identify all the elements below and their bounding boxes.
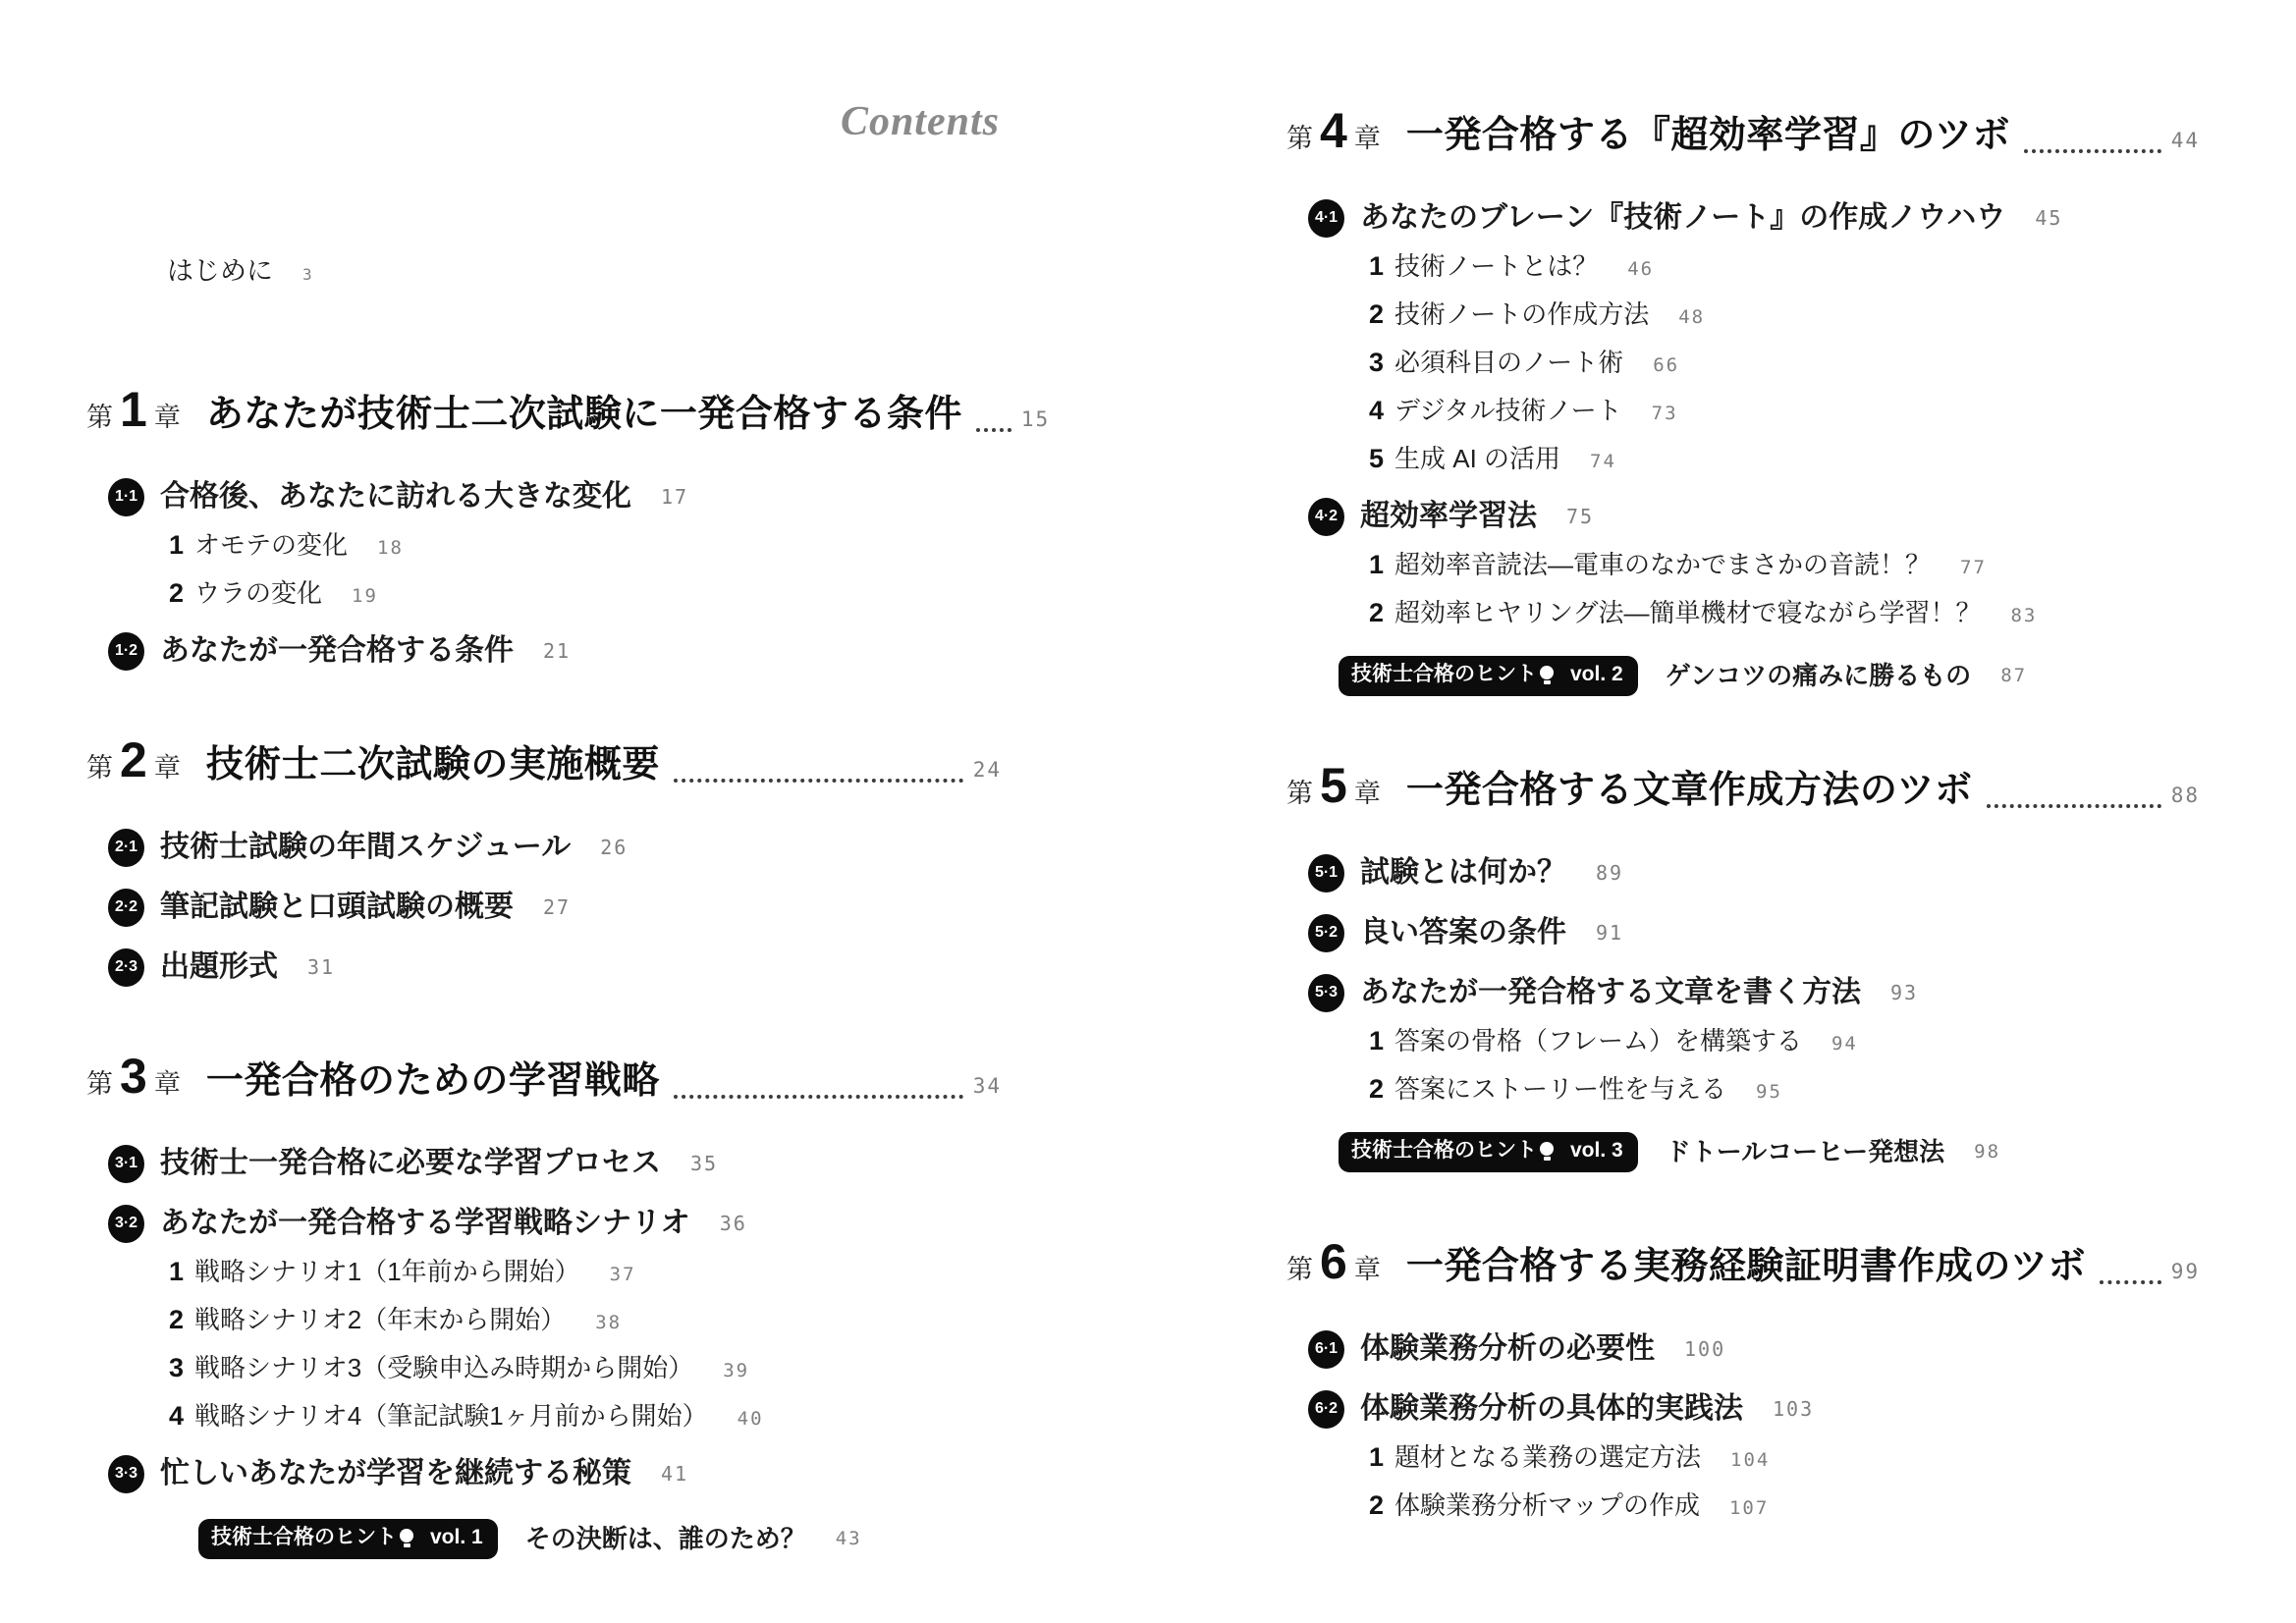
subitem-number: 3 bbox=[1369, 348, 1394, 377]
section-page-number: 36 bbox=[720, 1204, 747, 1243]
hint-volume: vol. 3 bbox=[1570, 1130, 1623, 1171]
frontmatter-page: 3 bbox=[302, 265, 314, 284]
chapter-title: 一発合格する『超効率学習』のツボ bbox=[1406, 107, 2010, 164]
subitem-number: 4 bbox=[169, 1401, 194, 1431]
subitem-page-number: 48 bbox=[1678, 302, 1705, 332]
subitem-page-number: 94 bbox=[1831, 1029, 1858, 1058]
section-number-badge: 6·1 bbox=[1308, 1330, 1344, 1369]
chapter-page-number: 34 bbox=[973, 1057, 1002, 1114]
subitem-label: 答案にストーリー性を与える bbox=[1394, 1074, 1726, 1104]
chapter-label: 第4章 bbox=[1286, 102, 1381, 172]
hint-label: ドトールコーヒー発想法 bbox=[1666, 1131, 1944, 1172]
chapter-prefix: 第 bbox=[86, 753, 113, 783]
frontmatter-label: はじめに bbox=[167, 255, 273, 287]
hint-badge-label: 技術士合格のヒント bbox=[1351, 1130, 1537, 1171]
chapter-suffix: 章 bbox=[154, 403, 181, 432]
chapter-number: 1 bbox=[120, 382, 147, 437]
subitem-row: 1題材となる業務の選定方法104 bbox=[1286, 1442, 2200, 1475]
lightbulb-icon bbox=[1540, 1141, 1554, 1161]
subitem-row: 2答案にストーリー性を与える95 bbox=[1286, 1074, 2200, 1107]
chapter-number: 4 bbox=[1320, 103, 1347, 158]
subitem-row: 1戦略シナリオ1（1年前から開始）37 bbox=[86, 1257, 1002, 1289]
section-row: 4·1あなたのブレーン『技術ノート』の作成ノウハウ45 bbox=[1286, 198, 2200, 238]
chapter-number: 3 bbox=[120, 1049, 147, 1104]
subitem-number: 2 bbox=[169, 578, 194, 608]
lightbulb-icon bbox=[400, 1528, 413, 1547]
chapter-title: 一発合格する実務経験証明書作成のツボ bbox=[1406, 1238, 2086, 1295]
subitem-label: 戦略シナリオ2（年末から開始） bbox=[194, 1305, 566, 1334]
section-row: 6·1体験業務分析の必要性100 bbox=[1286, 1329, 2200, 1369]
section-number-badge: 5·1 bbox=[1308, 854, 1344, 893]
section-row: 3·3忙しいあなたが学習を継続する秘策41 bbox=[86, 1454, 1002, 1493]
subitem-label: 戦略シナリオ3（受験申込み時期から開始） bbox=[194, 1353, 693, 1382]
toc-column-right: 第4章一発合格する『超効率学習』のツボ444·1あなたのブレーン『技術ノート』の… bbox=[1286, 0, 2200, 1523]
chapter-page-number: 44 bbox=[2171, 112, 2200, 169]
section-page-number: 27 bbox=[543, 888, 571, 927]
hint-row: 技術士合格のヒントvol. 3ドトールコーヒー発想法98 bbox=[1286, 1131, 2200, 1172]
chapter-label: 第1章 bbox=[86, 381, 181, 451]
chapter-title: あなたが技術士二次試験に一発合格する条件 bbox=[206, 386, 962, 443]
section-label: あなたが一発合格する条件 bbox=[160, 631, 514, 671]
subitem-label: 生成 AI の活用 bbox=[1394, 444, 1560, 473]
subitem-number: 2 bbox=[1369, 1074, 1394, 1104]
subitem-number: 2 bbox=[1369, 1490, 1394, 1520]
lightbulb-icon bbox=[1540, 665, 1554, 684]
section-row: 2·1技術士試験の年間スケジュール26 bbox=[86, 828, 1002, 867]
section-number-badge: 4·1 bbox=[1308, 199, 1344, 238]
subitem-number: 2 bbox=[1369, 299, 1394, 329]
chapter-title: 一発合格する文章作成方法のツボ bbox=[1406, 762, 1973, 819]
chapter-dotted-leader bbox=[1987, 804, 2161, 808]
subitem-page-number: 38 bbox=[595, 1308, 622, 1337]
hint-badge: 技術士合格のヒントvol. 2 bbox=[1339, 656, 1638, 696]
subitem-number: 1 bbox=[169, 530, 194, 560]
hint-volume: vol. 2 bbox=[1570, 654, 1623, 695]
subitem-page-number: 18 bbox=[377, 533, 404, 563]
subitem-label: 超効率ヒヤリング法―簡単機材で寝ながら学習！？ bbox=[1394, 598, 1981, 627]
hint-page-number: 43 bbox=[836, 1518, 862, 1559]
section-row: 2·3出題形式31 bbox=[86, 947, 1002, 987]
section-number-badge: 4·2 bbox=[1308, 498, 1344, 536]
subitem-label: ウラの変化 bbox=[194, 578, 322, 608]
subitem-page-number: 107 bbox=[1729, 1493, 1769, 1523]
chapter-suffix: 章 bbox=[1354, 124, 1381, 153]
subitem-row: 4戦略シナリオ4（筆記試験1ヶ月前から開始）40 bbox=[86, 1401, 1002, 1434]
subitem-row: 4デジタル技術ノート73 bbox=[1286, 396, 2200, 428]
subitem-row: 2戦略シナリオ2（年末から開始）38 bbox=[86, 1305, 1002, 1337]
subitem-row: 3戦略シナリオ3（受験申込み時期から開始）39 bbox=[86, 1353, 1002, 1385]
chapter-row: 第5章一発合格する文章作成方法のツボ88 bbox=[1286, 757, 2200, 827]
subitem-number: 5 bbox=[1369, 444, 1394, 473]
subitem-label: 技術ノートとは？ bbox=[1394, 251, 1598, 281]
subitem-row: 1技術ノートとは？46 bbox=[1286, 251, 2200, 284]
chapter-number: 2 bbox=[120, 732, 147, 787]
section-page-number: 103 bbox=[1773, 1389, 1814, 1429]
subitem-page-number: 104 bbox=[1730, 1445, 1770, 1475]
chapter-row: 第3章一発合格のための学習戦略34 bbox=[86, 1048, 1002, 1117]
section-label: 筆記試験と口頭試験の概要 bbox=[160, 888, 514, 927]
section-page-number: 93 bbox=[1890, 973, 1918, 1012]
subitem-label: 超効率音読法―電車のなかでまさかの音読！？ bbox=[1394, 550, 1931, 579]
chapter-dotted-leader bbox=[674, 1095, 963, 1099]
section-page-number: 31 bbox=[307, 947, 335, 987]
section-label: 体験業務分析の必要性 bbox=[1360, 1329, 1655, 1369]
section-label: 試験とは何か？ bbox=[1360, 853, 1566, 893]
subitem-number: 3 bbox=[169, 1353, 194, 1382]
section-number-badge: 3·1 bbox=[108, 1145, 144, 1183]
chapter-suffix: 章 bbox=[1354, 779, 1381, 808]
subitem-row: 1オモテの変化18 bbox=[86, 530, 1002, 563]
section-row: 5·3あなたが一発合格する文章を書く方法93 bbox=[1286, 973, 2200, 1012]
section-label: 忙しいあなたが学習を継続する秘策 bbox=[160, 1454, 631, 1493]
hint-volume: vol. 1 bbox=[430, 1517, 483, 1558]
chapter-label: 第5章 bbox=[1286, 757, 1381, 827]
subitem-label: 戦略シナリオ4（筆記試験1ヶ月前から開始） bbox=[194, 1401, 708, 1431]
subitem-label: デジタル技術ノート bbox=[1394, 396, 1622, 425]
subitem-label: 技術ノートの作成方法 bbox=[1394, 299, 1649, 329]
chapter-title: 一発合格のための学習戦略 bbox=[206, 1053, 660, 1109]
subitem-row: 1超効率音読法―電車のなかでまさかの音読！？77 bbox=[1286, 550, 2200, 582]
subitem-number: 1 bbox=[169, 1257, 194, 1286]
frontmatter-row: はじめに 3 bbox=[86, 255, 1002, 287]
section-row: 3·2あなたが一発合格する学習戦略シナリオ36 bbox=[86, 1204, 1002, 1243]
subitem-row: 2体験業務分析マップの作成107 bbox=[1286, 1490, 2200, 1523]
section-number-badge: 5·3 bbox=[1308, 974, 1344, 1012]
section-label: 体験業務分析の具体的実践法 bbox=[1360, 1389, 1743, 1429]
chapter-suffix: 章 bbox=[154, 1069, 181, 1099]
section-label: あなたが一発合格する文章を書く方法 bbox=[1360, 973, 1861, 1012]
chapter-dotted-leader bbox=[2024, 149, 2161, 153]
section-row: 3·1技術士一発合格に必要な学習プロセス35 bbox=[86, 1144, 1002, 1183]
section-page-number: 17 bbox=[661, 477, 688, 516]
section-page-number: 100 bbox=[1684, 1329, 1725, 1369]
chapter-row: 第4章一発合格する『超効率学習』のツボ44 bbox=[1286, 102, 2200, 172]
chapter-suffix: 章 bbox=[1354, 1255, 1381, 1284]
subitem-label: 必須科目のノート術 bbox=[1394, 348, 1623, 377]
section-row: 2·2筆記試験と口頭試験の概要27 bbox=[86, 888, 1002, 927]
chapter-title: 技術士二次試験の実施概要 bbox=[206, 736, 660, 793]
chapter-suffix: 章 bbox=[154, 753, 181, 783]
chapter-page-number: 99 bbox=[2171, 1243, 2200, 1300]
section-number-badge: 5·2 bbox=[1308, 914, 1344, 952]
chapter-number: 5 bbox=[1320, 758, 1347, 813]
section-row: 5·2良い答案の条件91 bbox=[1286, 913, 2200, 952]
hint-badge-label: 技術士合格のヒント bbox=[211, 1517, 397, 1558]
hint-badge-label: 技術士合格のヒント bbox=[1351, 654, 1537, 695]
section-label: あなたが一発合格する学習戦略シナリオ bbox=[160, 1204, 690, 1243]
section-row: 4·2超効率学習法75 bbox=[1286, 497, 2200, 536]
section-page-number: 41 bbox=[661, 1454, 688, 1493]
section-label: 超効率学習法 bbox=[1360, 497, 1537, 536]
subitem-page-number: 95 bbox=[1756, 1077, 1782, 1107]
chapter-prefix: 第 bbox=[1286, 779, 1313, 808]
subitem-row: 2超効率ヒヤリング法―簡単機材で寝ながら学習！？83 bbox=[1286, 598, 2200, 630]
toc-column-left: Contents はじめに 3 第1章あなたが技術士二次試験に一発合格する条件1… bbox=[86, 0, 1002, 1559]
chapter-row: 第2章技術士二次試験の実施概要24 bbox=[86, 731, 1002, 801]
section-row: 5·1試験とは何か？89 bbox=[1286, 853, 2200, 893]
section-number-badge: 1·1 bbox=[108, 478, 144, 516]
subitem-row: 2ウラの変化19 bbox=[86, 578, 1002, 611]
subitem-label: 体験業務分析マップの作成 bbox=[1394, 1490, 1700, 1520]
subitem-label: 答案の骨格（フレーム）を構築する bbox=[1394, 1026, 1802, 1055]
hint-badge: 技術士合格のヒントvol. 1 bbox=[198, 1519, 498, 1559]
subitem-row: 1答案の骨格（フレーム）を構築する94 bbox=[1286, 1026, 2200, 1058]
chapter-dotted-leader bbox=[2100, 1280, 2161, 1284]
section-number-badge: 1·2 bbox=[108, 632, 144, 671]
subitem-page-number: 83 bbox=[2010, 601, 2037, 630]
section-row: 6·2体験業務分析の具体的実践法103 bbox=[1286, 1389, 2200, 1429]
subitem-row: 5生成 AI の活用74 bbox=[1286, 444, 2200, 476]
toc-page: { "page_title": "Contents", "frontmatter… bbox=[0, 0, 2296, 1623]
subitem-row: 2技術ノートの作成方法48 bbox=[1286, 299, 2200, 332]
chapter-page-number: 24 bbox=[973, 741, 1002, 798]
section-label: 合格後、あなたに訪れる大きな変化 bbox=[160, 477, 631, 516]
chapter-prefix: 第 bbox=[1286, 124, 1313, 153]
chapter-prefix: 第 bbox=[86, 403, 113, 432]
section-page-number: 21 bbox=[543, 631, 571, 671]
subitem-page-number: 19 bbox=[352, 581, 378, 611]
hint-page-number: 87 bbox=[2000, 655, 2027, 696]
section-label: 技術士試験の年間スケジュール bbox=[160, 828, 571, 867]
section-label: あなたのブレーン『技術ノート』の作成ノウハウ bbox=[1360, 198, 2005, 238]
section-row: 1·1合格後、あなたに訪れる大きな変化17 bbox=[86, 477, 1002, 516]
hint-row: 技術士合格のヒントvol. 1その決断は、誰のため？43 bbox=[86, 1518, 1002, 1559]
subitem-page-number: 73 bbox=[1652, 399, 1678, 428]
section-number-badge: 2·1 bbox=[108, 829, 144, 867]
section-page-number: 91 bbox=[1596, 913, 1623, 952]
section-number-badge: 2·3 bbox=[108, 948, 144, 987]
subitem-number: 2 bbox=[169, 1305, 194, 1334]
subitem-number: 1 bbox=[1369, 1442, 1394, 1472]
section-number-badge: 2·2 bbox=[108, 889, 144, 927]
chapter-label: 第3章 bbox=[86, 1048, 181, 1117]
hint-page-number: 98 bbox=[1974, 1131, 2000, 1172]
chapter-prefix: 第 bbox=[86, 1069, 113, 1099]
chapter-row: 第6章一発合格する実務経験証明書作成のツボ99 bbox=[1286, 1233, 2200, 1303]
subitem-page-number: 39 bbox=[723, 1356, 749, 1385]
section-label: 技術士一発合格に必要な学習プロセス bbox=[160, 1144, 661, 1183]
page-title: Contents bbox=[86, 98, 1002, 145]
subitem-label: 題材となる業務の選定方法 bbox=[1394, 1442, 1701, 1472]
hint-label: ゲンコツの痛みに勝るもの bbox=[1666, 655, 1971, 696]
section-page-number: 35 bbox=[690, 1144, 718, 1183]
section-label: 出題形式 bbox=[160, 947, 278, 987]
section-number-badge: 3·3 bbox=[108, 1455, 144, 1493]
hint-label: その決断は、誰のため？ bbox=[525, 1518, 806, 1559]
chapter-row: 第1章あなたが技術士二次試験に一発合格する条件15 bbox=[86, 381, 1002, 451]
chapter-dotted-leader bbox=[674, 779, 963, 783]
subitem-number: 4 bbox=[1369, 396, 1394, 425]
section-label: 良い答案の条件 bbox=[1360, 913, 1566, 952]
section-number-badge: 6·2 bbox=[1308, 1390, 1344, 1429]
subitem-number: 1 bbox=[1369, 251, 1394, 281]
section-page-number: 26 bbox=[600, 828, 628, 867]
subitem-page-number: 66 bbox=[1653, 351, 1679, 380]
section-number-badge: 3·2 bbox=[108, 1205, 144, 1243]
subitem-page-number: 37 bbox=[610, 1260, 636, 1289]
subitem-number: 1 bbox=[1369, 1026, 1394, 1055]
section-page-number: 89 bbox=[1596, 853, 1623, 893]
section-page-number: 45 bbox=[2035, 198, 2062, 238]
chapter-label: 第6章 bbox=[1286, 1233, 1381, 1303]
chapter-dotted-leader bbox=[976, 428, 1011, 432]
subitem-page-number: 40 bbox=[738, 1404, 764, 1434]
hint-badge: 技術士合格のヒントvol. 3 bbox=[1339, 1132, 1638, 1172]
chapter-label: 第2章 bbox=[86, 731, 181, 801]
chapter-page-number: 88 bbox=[2171, 767, 2200, 824]
hint-row: 技術士合格のヒントvol. 2ゲンコツの痛みに勝るもの87 bbox=[1286, 655, 2200, 696]
chapter-prefix: 第 bbox=[1286, 1255, 1313, 1284]
chapter-number: 6 bbox=[1320, 1234, 1347, 1289]
subitem-label: オモテの変化 bbox=[194, 530, 348, 560]
subitem-number: 1 bbox=[1369, 550, 1394, 579]
subitem-page-number: 46 bbox=[1627, 254, 1654, 284]
subitem-number: 2 bbox=[1369, 598, 1394, 627]
subitem-page-number: 74 bbox=[1590, 447, 1616, 476]
subitem-row: 3必須科目のノート術66 bbox=[1286, 348, 2200, 380]
chapter-page-number: 15 bbox=[1021, 391, 1050, 448]
subitem-label: 戦略シナリオ1（1年前から開始） bbox=[194, 1257, 580, 1286]
section-row: 1·2あなたが一発合格する条件21 bbox=[86, 631, 1002, 671]
subitem-page-number: 77 bbox=[1960, 553, 1987, 582]
section-page-number: 75 bbox=[1566, 497, 1594, 536]
